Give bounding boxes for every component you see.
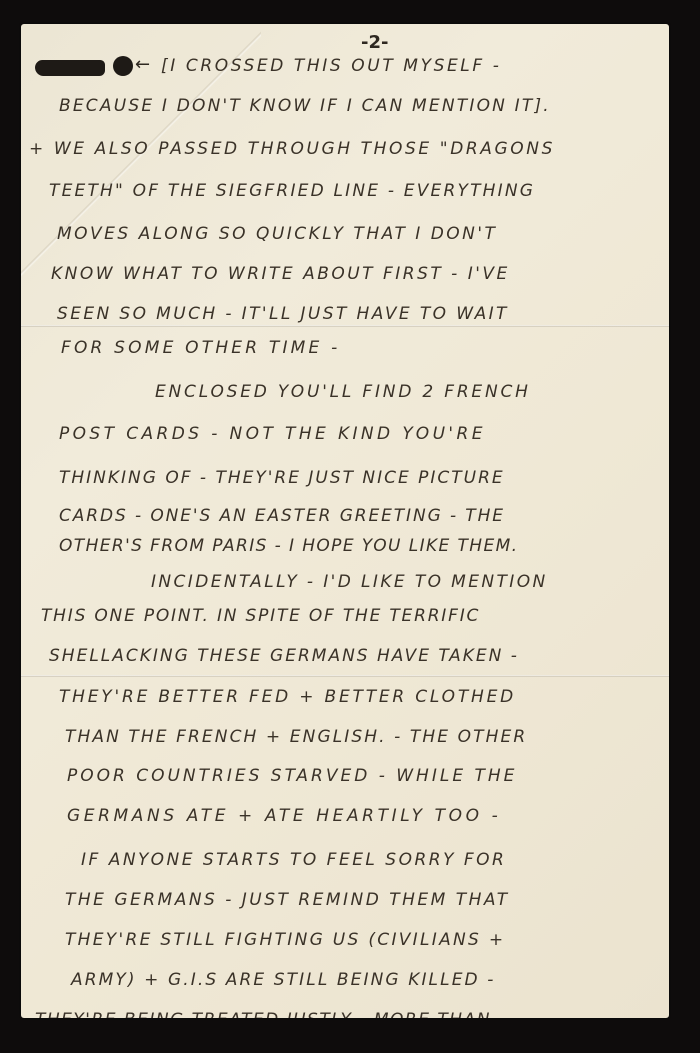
- letter-line: know what to write about first - I've: [51, 264, 510, 284]
- letter-line: this one point. In spite of the terrific: [41, 606, 480, 626]
- letter-line: post cards - not the kind you're: [59, 424, 486, 444]
- letter-page: -2- ← [I crossed this out myself - becau…: [21, 24, 669, 1018]
- letter-line: cards - One's an Easter Greeting - the: [59, 506, 505, 526]
- paper-fold-line-upper: [21, 325, 669, 327]
- letter-line: moves along so quickly that I don't: [57, 224, 497, 244]
- letter-line: [I crossed this out myself -: [161, 56, 501, 76]
- letter-line: seen so much - It'll just have to wait: [57, 304, 509, 324]
- letter-line: Germans ate + ate heartily too -: [67, 806, 501, 826]
- letter-line: + we also passed through those "dragons: [29, 139, 555, 159]
- ink-redaction-mark: [113, 56, 133, 76]
- letter-line: teeth" of the Siegfried Line - Everythin…: [49, 181, 535, 201]
- letter-line: poor countries starved - while the: [67, 766, 517, 786]
- letter-line: because I don't know if I can mention it…: [59, 96, 551, 116]
- letter-line: If anyone starts to feel sorry for: [81, 850, 506, 870]
- letter-line: thinking of - they're just nice picture: [59, 468, 505, 488]
- letter-line: army) + G.I.s are still being killed -: [71, 970, 495, 990]
- letter-line: than the French + English. - The other: [65, 727, 527, 747]
- letter-line: they're still fighting us (civilians +: [65, 930, 505, 950]
- ink-redaction-mark: [35, 60, 105, 76]
- letter-line: the Germans - Just remind them that: [65, 890, 510, 910]
- letter-line: they're being treated justly - more than: [35, 1010, 491, 1018]
- scanned-document: -2- ← [I crossed this out myself - becau…: [0, 0, 700, 1053]
- letter-line: Incidentally - I'd like to mention: [151, 572, 548, 592]
- letter-line: for some other time -: [61, 338, 340, 358]
- letter-line: Enclosed you'll find 2 French: [155, 382, 531, 402]
- letter-line: other's from Paris - I hope you like the…: [59, 536, 518, 556]
- arrow-left-icon: ←: [135, 54, 150, 75]
- letter-line: shellacking these Germans have taken -: [49, 646, 519, 666]
- paper-fold-line-lower: [21, 675, 669, 677]
- letter-line: they're better fed + better clothed: [59, 687, 516, 707]
- page-number: -2-: [361, 32, 388, 53]
